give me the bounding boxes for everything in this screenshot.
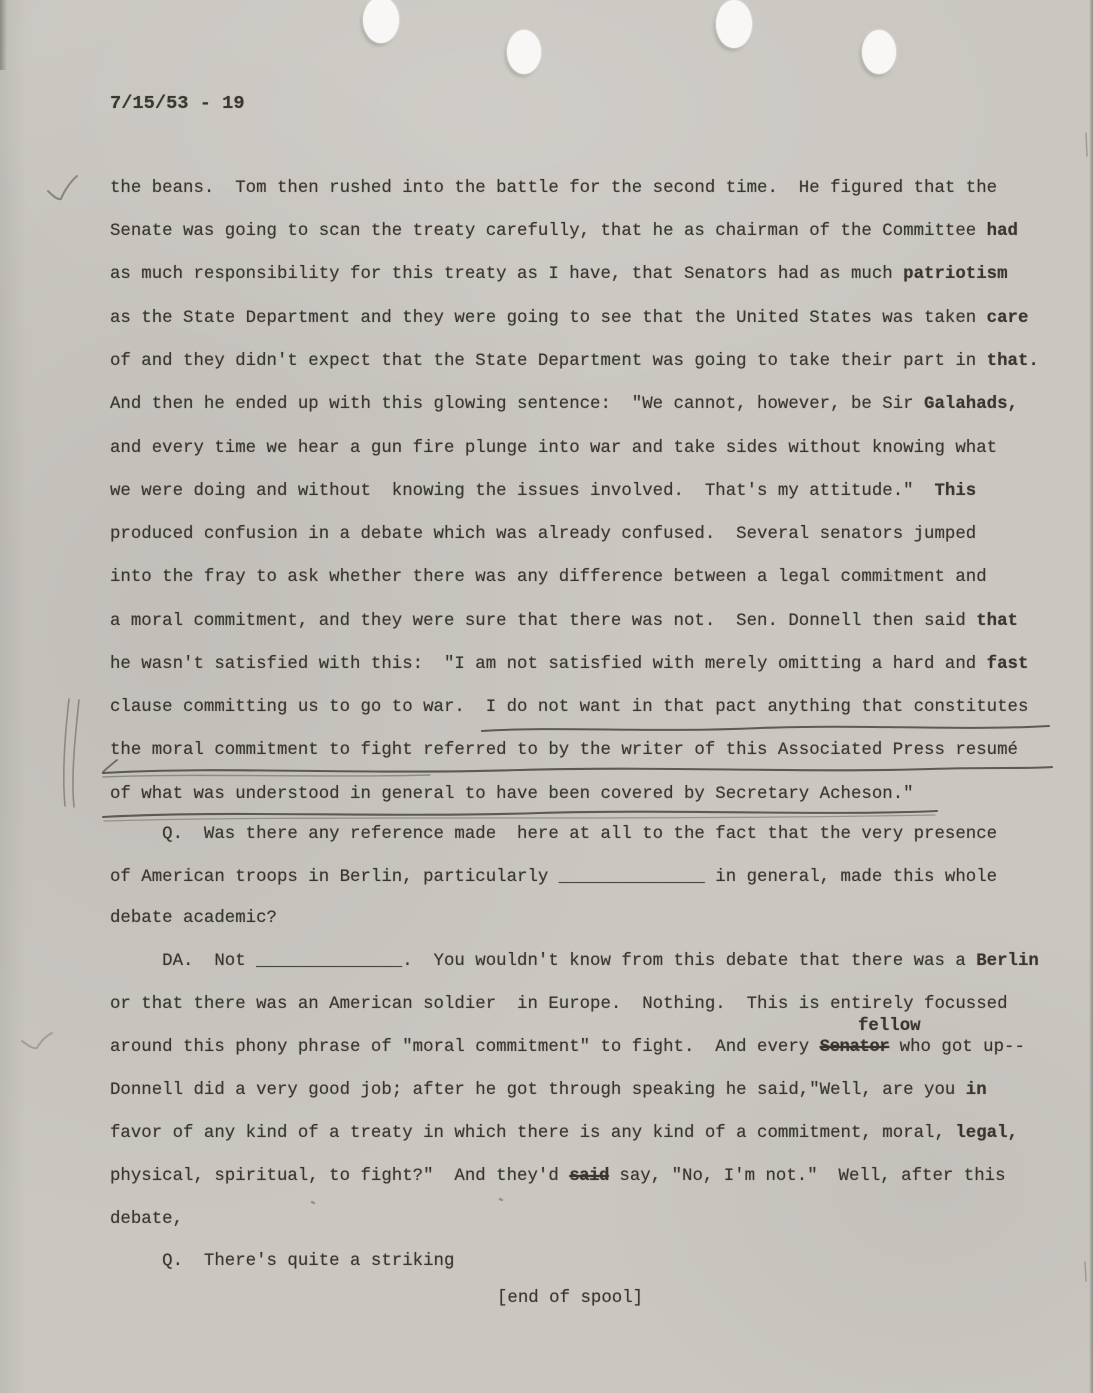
punch-hole xyxy=(507,30,541,74)
typewritten-line: of American troops in Berlin, particular… xyxy=(110,867,997,889)
text-segment: of American troops in Berlin, particular… xyxy=(110,868,997,887)
typewritten-line: physical, spiritual, to fight?" And they… xyxy=(110,1166,1006,1188)
paper-speck-1 xyxy=(312,1202,314,1203)
typewritten-line: Donnell did a very good job; after he go… xyxy=(110,1080,987,1102)
scanned-page: 7/15/53 - 19the beans. Tom then rushed i… xyxy=(0,0,1093,1393)
text-segment: a moral commitment, and they were sure t… xyxy=(110,612,976,631)
typewritten-line: favor of any kind of a treaty in which t… xyxy=(110,1123,1018,1145)
text-segment: he wasn't satisfied with this: "I am not… xyxy=(110,655,987,674)
text-segment: that. xyxy=(987,352,1039,371)
text-segment: This xyxy=(934,482,976,501)
typewritten-line: as the State Department and they were go… xyxy=(110,308,1028,330)
text-segment: that xyxy=(976,612,1018,631)
typewritten-line: produced confusion in a debate which was… xyxy=(110,524,976,546)
text-segment: as the State Department and they were go… xyxy=(110,309,987,328)
text-segment: care xyxy=(987,309,1029,328)
typewritten-line: and every time we hear a gun fire plunge… xyxy=(110,438,997,460)
typewritten-line: clause committing us to go to war. I do … xyxy=(110,697,1028,719)
typewritten-line: as much responsibility for this treaty a… xyxy=(110,264,1008,286)
text-segment: Senate was going to scan the treaty care… xyxy=(110,222,987,241)
text-segment: of and they didn't expect that the State… xyxy=(110,352,987,371)
text-segment: or that there was an American soldier in… xyxy=(110,995,1008,1014)
typewritten-line: of what was understood in general to hav… xyxy=(110,784,914,806)
text-segment: Galahads, xyxy=(924,395,1018,414)
typewritten-line: a moral commitment, and they were sure t… xyxy=(110,611,1018,633)
text-segment: 7/15/53 - 19 xyxy=(110,92,245,114)
margin-double-line-1 xyxy=(64,699,69,806)
text-segment: Q. There's quite a striking xyxy=(110,1252,454,1271)
typewritten-line: DA. Not ______________. You wouldn't kno… xyxy=(110,951,1039,973)
typewritten-line: the beans. Tom then rushed into the batt… xyxy=(110,178,997,200)
text-segment: the beans. Tom then rushed into the batt… xyxy=(110,179,997,198)
punch-hole xyxy=(862,30,896,74)
edge-mark-upper xyxy=(1086,133,1087,156)
text-segment: clause committing us to go to war. I do … xyxy=(110,698,1028,717)
typewritten-line: of and they didn't expect that the State… xyxy=(110,351,1039,373)
text-segment: say, "No, I'm not." Well, after this xyxy=(609,1167,1006,1186)
struck-out-word: Senator xyxy=(820,1038,890,1057)
typewritten-line: And then he ended up with this glowing s… xyxy=(110,394,1018,416)
text-segment: debate academic? xyxy=(110,909,277,928)
punch-hole xyxy=(716,0,752,48)
text-segment: around this phony phrase of "moral commi… xyxy=(110,1038,820,1057)
end-of-spool-note: [end of spool] xyxy=(497,1288,643,1310)
text-segment: and every time we hear a gun fire plunge… xyxy=(110,439,997,458)
text-segment: patriotism xyxy=(903,265,1007,284)
text-segment: Berlin xyxy=(976,952,1039,971)
text-segment: Donnell did a very good job; after he go… xyxy=(110,1081,966,1100)
text-segment: fast xyxy=(987,655,1029,674)
page-header: 7/15/53 - 19 xyxy=(110,92,245,114)
margin-checkmark-top xyxy=(48,176,77,199)
text-segment: into the fray to ask whether there was a… xyxy=(110,568,987,587)
text-segment: Q. Was there any reference made here at … xyxy=(110,825,997,844)
typewritten-line: we were doing and without knowing the is… xyxy=(110,481,976,503)
text-segment: in xyxy=(966,1081,987,1100)
underline-moral-commitment-line xyxy=(103,767,1052,773)
text-segment: fellow xyxy=(858,1017,921,1036)
text-segment: legal, xyxy=(955,1124,1018,1143)
punch-hole xyxy=(363,0,399,43)
typewritten-line: Q. There's quite a striking xyxy=(110,1251,454,1273)
paper-speck-2 xyxy=(500,1199,502,1200)
typewritten-line: into the fray to ask whether there was a… xyxy=(110,567,987,589)
text-segment: as much responsibility for this treaty a… xyxy=(110,265,903,284)
underline-pact-sentence xyxy=(482,726,1049,731)
typewritten-line: the moral commitment to fight referred t… xyxy=(110,740,1018,762)
margin-double-line-2 xyxy=(73,700,79,807)
text-segment: favor of any kind of a treaty in which t… xyxy=(110,1124,955,1143)
text-segment: physical, spiritual, to fight?" And they… xyxy=(110,1167,569,1186)
typewritten-line: debate academic? xyxy=(110,908,277,930)
text-segment: [end of spool] xyxy=(497,1289,643,1308)
margin-checkmark-lower xyxy=(22,1033,52,1048)
typewritten-line: he wasn't satisfied with this: "I am not… xyxy=(110,654,1028,676)
typewritten-line: or that there was an American soldier in… xyxy=(110,994,1008,1016)
struck-out-word: said xyxy=(569,1167,609,1186)
text-segment: DA. Not ______________. You wouldn't kno… xyxy=(110,952,976,971)
text-segment: of what was understood in general to hav… xyxy=(110,785,914,804)
underline-acheson-echo xyxy=(104,815,935,821)
typewritten-line: Senate was going to scan the treaty care… xyxy=(110,221,1018,243)
typewritten-line: Q. Was there any reference made here at … xyxy=(110,824,997,846)
text-segment: And then he ended up with this glowing s… xyxy=(110,395,924,414)
text-segment: who got up-- xyxy=(889,1038,1025,1057)
text-segment: had xyxy=(987,222,1018,241)
underline-acheson-line xyxy=(103,811,937,817)
text-segment: we were doing and without knowing the is… xyxy=(110,482,934,501)
underline-moral-commitment-echo xyxy=(103,775,430,777)
text-segment: the moral commitment to fight referred t… xyxy=(110,741,1018,760)
typewritten-line: around this phony phrase of "moral commi… xyxy=(110,1037,1025,1059)
inserted-word-fellow: fellow xyxy=(858,1016,921,1038)
text-segment: produced confusion in a debate which was… xyxy=(110,525,976,544)
text-segment: debate, xyxy=(110,1210,183,1229)
edge-mark-lower xyxy=(1085,1262,1086,1281)
typewritten-line: debate, xyxy=(110,1209,183,1231)
